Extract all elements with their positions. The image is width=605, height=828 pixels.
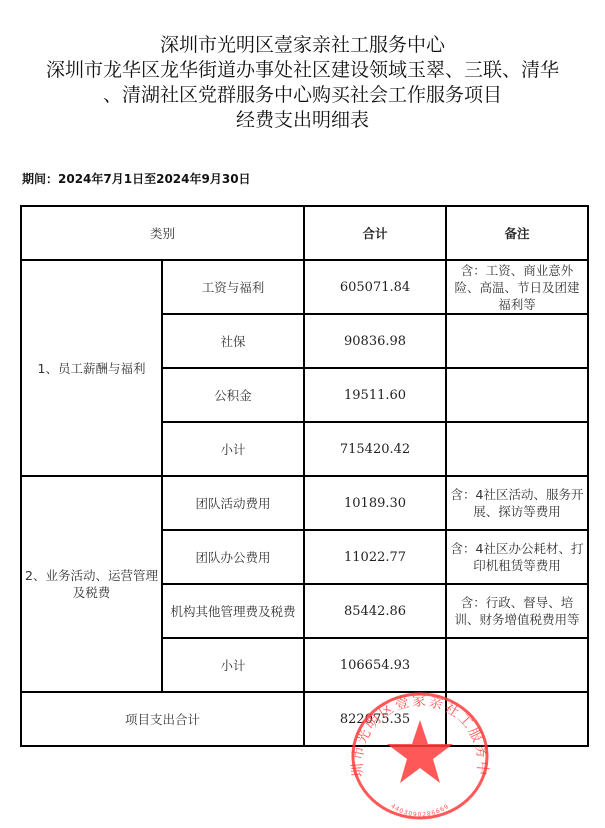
item-label: 机构其他管理费及税费	[162, 584, 304, 638]
item-amount: 19511.60	[304, 368, 446, 422]
item-label: 工资与福利	[162, 260, 304, 314]
subtotal-amount: 106654.93	[304, 638, 446, 692]
expense-table: 类别 合计 备注 1、员工薪酬与福利 工资与福利 605071.84 含：工资、…	[20, 205, 589, 747]
header-category: 类别	[21, 206, 304, 260]
item-note	[446, 368, 588, 422]
item-amount: 10189.30	[304, 476, 446, 530]
grand-total-row: 项目支出合计 822075.35	[21, 692, 588, 746]
item-label: 公积金	[162, 368, 304, 422]
item-note: 含：行政、督导、培训、财务增值税费用等	[446, 584, 588, 638]
grand-total-note	[446, 692, 588, 746]
item-note	[446, 314, 588, 368]
group-label: 1、员工薪酬与福利	[21, 260, 162, 476]
subtotal-amount: 715420.42	[304, 422, 446, 476]
item-note: 含：4社区活动、服务开展、探访等费用	[446, 476, 588, 530]
grand-total-label: 项目支出合计	[21, 692, 304, 746]
period-label: 期间：2024年7月1日至2024年9月30日	[22, 170, 251, 187]
item-amount: 90836.98	[304, 314, 446, 368]
item-note: 含：4社区办公耗材、打印机租赁等费用	[446, 530, 588, 584]
item-note: 含：工资、商业意外险、高温、节日及团建福利等	[446, 260, 588, 314]
item-amount: 11022.77	[304, 530, 446, 584]
header-total: 合计	[304, 206, 446, 260]
item-note	[446, 638, 588, 692]
table-row: 2、业务活动、运营管理及税费 团队活动费用 10189.30 含：4社区活动、服…	[21, 476, 588, 530]
group-label: 2、业务活动、运营管理及税费	[21, 476, 162, 692]
header-remarks: 备注	[446, 206, 588, 260]
title-line-1: 深圳市光明区壹家亲社工服务中心	[0, 33, 605, 57]
item-label: 团队办公费用	[162, 530, 304, 584]
subtotal-label: 小计	[162, 638, 304, 692]
item-label: 团队活动费用	[162, 476, 304, 530]
table-row: 1、员工薪酬与福利 工资与福利 605071.84 含：工资、商业意外险、高温、…	[21, 260, 588, 314]
title-line-4: 经费支出明细表	[0, 108, 605, 132]
item-amount: 85442.86	[304, 584, 446, 638]
subtotal-label: 小计	[162, 422, 304, 476]
table-header-row: 类别 合计 备注	[21, 206, 588, 260]
grand-total-amount: 822075.35	[304, 692, 446, 746]
item-note	[446, 422, 588, 476]
title-line-3: 、清湖社区党群服务中心购买社会工作服务项目	[0, 83, 605, 107]
item-label: 社保	[162, 314, 304, 368]
item-amount: 605071.84	[304, 260, 446, 314]
title-line-2: 深圳市龙华区龙华街道办事处社区建设领域玉翠、三联、清华	[0, 58, 605, 82]
svg-text:4403090286669: 4403090286669	[389, 803, 450, 819]
